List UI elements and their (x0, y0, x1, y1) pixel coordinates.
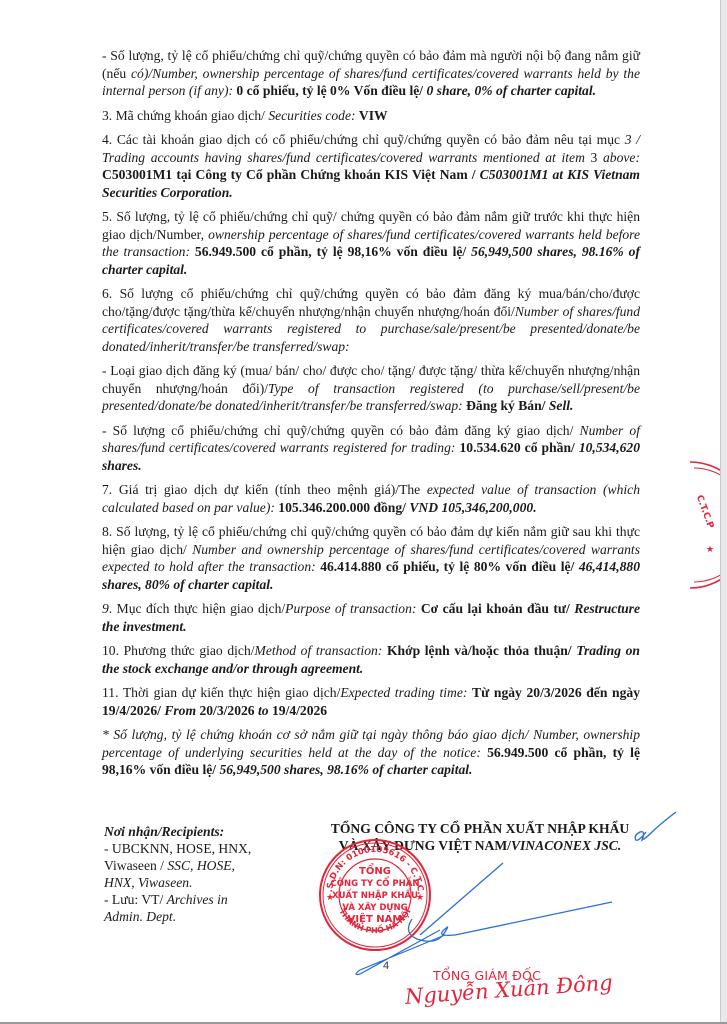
paragraph-item-9: 9. Mục đích thực hiện giao dịch/Purpose … (102, 600, 640, 635)
text-run: 0 cổ phiếu, tỷ lệ 0% Vốn điều lệ/ (236, 83, 426, 98)
text-run: 105.346.200.000 đồng/ (278, 500, 409, 515)
document-body: - Số lượng, tỷ lệ cổ phiếu/chứng chỉ quỹ… (102, 47, 640, 786)
page-number: 4 (383, 960, 389, 972)
paragraph-item-6-type: - Loại giao dịch đăng ký (mua/ bán/ cho/… (102, 362, 640, 415)
company-name: TỔNG CÔNG TY CỔ PHẦN XUẤT NHẬP KHẨU VÀ X… (310, 820, 650, 854)
company-line-2: VÀ XÂY DỰNG VIỆT NAM/VINACONEX JSC. (310, 837, 650, 854)
text-run: Method of transaction: (255, 643, 387, 658)
signer-name: Nguyễn Xuân Đông (404, 971, 613, 1009)
company-line-1: TỔNG CÔNG TY CỔ PHẦN XUẤT NHẬP KHẨU (310, 820, 650, 837)
recipients-block: Nơi nhận/Recipients: - UBCKNN, HOSE, HNX… (104, 823, 279, 925)
text-run: Cơ cấu lại khoản đầu tư/ (421, 601, 574, 616)
text-run: Sell. (549, 398, 574, 413)
paragraph-item-6: 6. Số lượng cổ phiếu/chứng chỉ quỹ/chứng… (102, 285, 640, 355)
svg-text:★: ★ (706, 544, 714, 554)
svg-text:★: ★ (416, 892, 424, 902)
text-run: 0 share, 0% of charter capital. (426, 83, 596, 98)
text-run: 56,949,500 shares, 98.16% of charter cap… (219, 762, 472, 777)
text-run: From (164, 703, 199, 718)
recipient-line: HNX, Viwaseen. (104, 874, 279, 891)
paragraph-internal-person-holding: - Số lượng, tỷ lệ cổ phiếu/chứng chỉ quỹ… (102, 47, 640, 100)
paragraph-item-4: 4. Các tài khoản giao dịch có cổ phiếu/c… (102, 131, 640, 201)
company-name-en: VINACONEX JSC. (511, 838, 621, 853)
paragraph-item-7: 7. Giá trị giao dịch dự kiến (tính theo … (102, 481, 640, 516)
paragraph-item-3: 3. Mã chứng khoán giao dịch/ Securities … (102, 107, 640, 125)
text-run: 11. Thời gian dự kiến thực hiện giao dịc… (102, 685, 340, 700)
text-run: Expected trading time: (340, 685, 472, 700)
recipient-text: Viwaseen / (104, 858, 167, 873)
text-run: C503001M1 tại Công ty Cổ phần Chứng khoá… (102, 167, 480, 182)
recipients-title: Nơi nhận/Recipients: (104, 823, 279, 840)
text-run: 10. Phương thức giao dịch/ (102, 643, 255, 658)
text-run: VIW (359, 108, 388, 123)
recipient-line: Admin. Dept. (104, 908, 279, 925)
text-run: 19/4/2026 (272, 703, 327, 718)
text-run: 3. Mã chứng khoán giao dịch/ (102, 108, 268, 123)
text-run: 4. Các tài khoản giao dịch có cổ phiếu/c… (102, 132, 625, 147)
text-run: VND 105,346,200,000. (409, 500, 536, 515)
recipient-text-en: Admin. Dept. (104, 909, 176, 924)
text-run: 9 (102, 601, 109, 616)
recipient-text: - Lưu: VT/ (104, 892, 167, 907)
paragraph-item-11: 11. Thời gian dự kiến thực hiện giao dịc… (102, 684, 640, 719)
recipient-line: Viwaseen / SSC, HOSE, (104, 857, 279, 874)
svg-text:VIỆT NAM: VIỆT NAM (348, 912, 403, 925)
text-run: 20/3/2026 (199, 703, 258, 718)
scrollbar[interactable] (720, 0, 727, 1024)
text-run: Đăng ký Bán/ (466, 398, 549, 413)
text-run: above: (603, 150, 640, 165)
recipient-text-en: SSC, HOSE, (167, 858, 235, 873)
company-name-vi: VÀ XÂY DỰNG VIỆT NAM/ (339, 838, 511, 853)
text-run: - Số lượng cổ phiếu/chứng chỉ quỹ/chứng … (102, 423, 580, 438)
paragraph-item-5: 5. Số lượng, tỷ lệ cổ phiếu/chứng chỉ qu… (102, 208, 640, 278)
paragraph-item-6-quantity: - Số lượng cổ phiếu/chứng chỉ quỹ/chứng … (102, 422, 640, 475)
text-run: to (258, 703, 272, 718)
text-run: Purpose of transaction: (285, 601, 421, 616)
recipient-text-en: HNX, Viwaseen. (104, 875, 192, 890)
paragraph-note-underlying: * Số lượng, tỷ lệ chứng khoán cơ sở nắm … (102, 726, 640, 779)
text-run: 3 (591, 150, 603, 165)
svg-text:★: ★ (326, 892, 334, 902)
paragraph-item-10: 10. Phương thức giao dịch/Method of tran… (102, 642, 640, 677)
svg-text:TỔNG: TỔNG (359, 862, 391, 877)
text-run: 56.949.500 cổ phần, tỷ lệ 98,16% vốn điề… (195, 244, 471, 259)
paragraph-item-8: 8. Số lượng, tỷ lệ cổ phiếu/chứng chỉ qu… (102, 523, 640, 593)
company-seal-icon: M.S.D.N: 0100105616 - C.T.C.P THÀNH PHỐ … (318, 838, 432, 952)
signer-title: TỔNG GIÁM ĐỐC (433, 968, 541, 983)
text-run: 10.534.620 cổ phần/ (459, 440, 578, 455)
svg-text:XUẤT NHẬP KHẨU: XUẤT NHẬP KHẨU (332, 888, 418, 901)
text-run: 7. Giá trị giao dịch dự kiến (tính theo … (102, 482, 427, 497)
svg-text:CÔNG TY CỔ PHẦN: CÔNG TY CỔ PHẦN (331, 876, 420, 889)
recipient-text-en: Archives in (167, 892, 228, 907)
text-run: 46.414.880 cổ phiếu, tỷ lệ 80% vốn điều … (320, 559, 579, 574)
svg-text:THÀNH PHỐ HÀ NỘI: THÀNH PHỐ HÀ NỘI (337, 907, 412, 935)
text-run: . Mục đích thực hiện giao dịch/ (109, 601, 285, 616)
svg-text:C.T.C.P: C.T.C.P (694, 494, 715, 531)
text-run: Khớp lệnh và/hoặc thỏa thuận/ (387, 643, 576, 658)
svg-text:VÀ XÂY DỰNG: VÀ XÂY DỰNG (342, 901, 407, 913)
recipient-line: - UBCKNN, HOSE, HNX, (104, 840, 279, 857)
text-run: Securities code: (268, 108, 359, 123)
recipient-line: - Lưu: VT/ Archives in (104, 891, 279, 908)
